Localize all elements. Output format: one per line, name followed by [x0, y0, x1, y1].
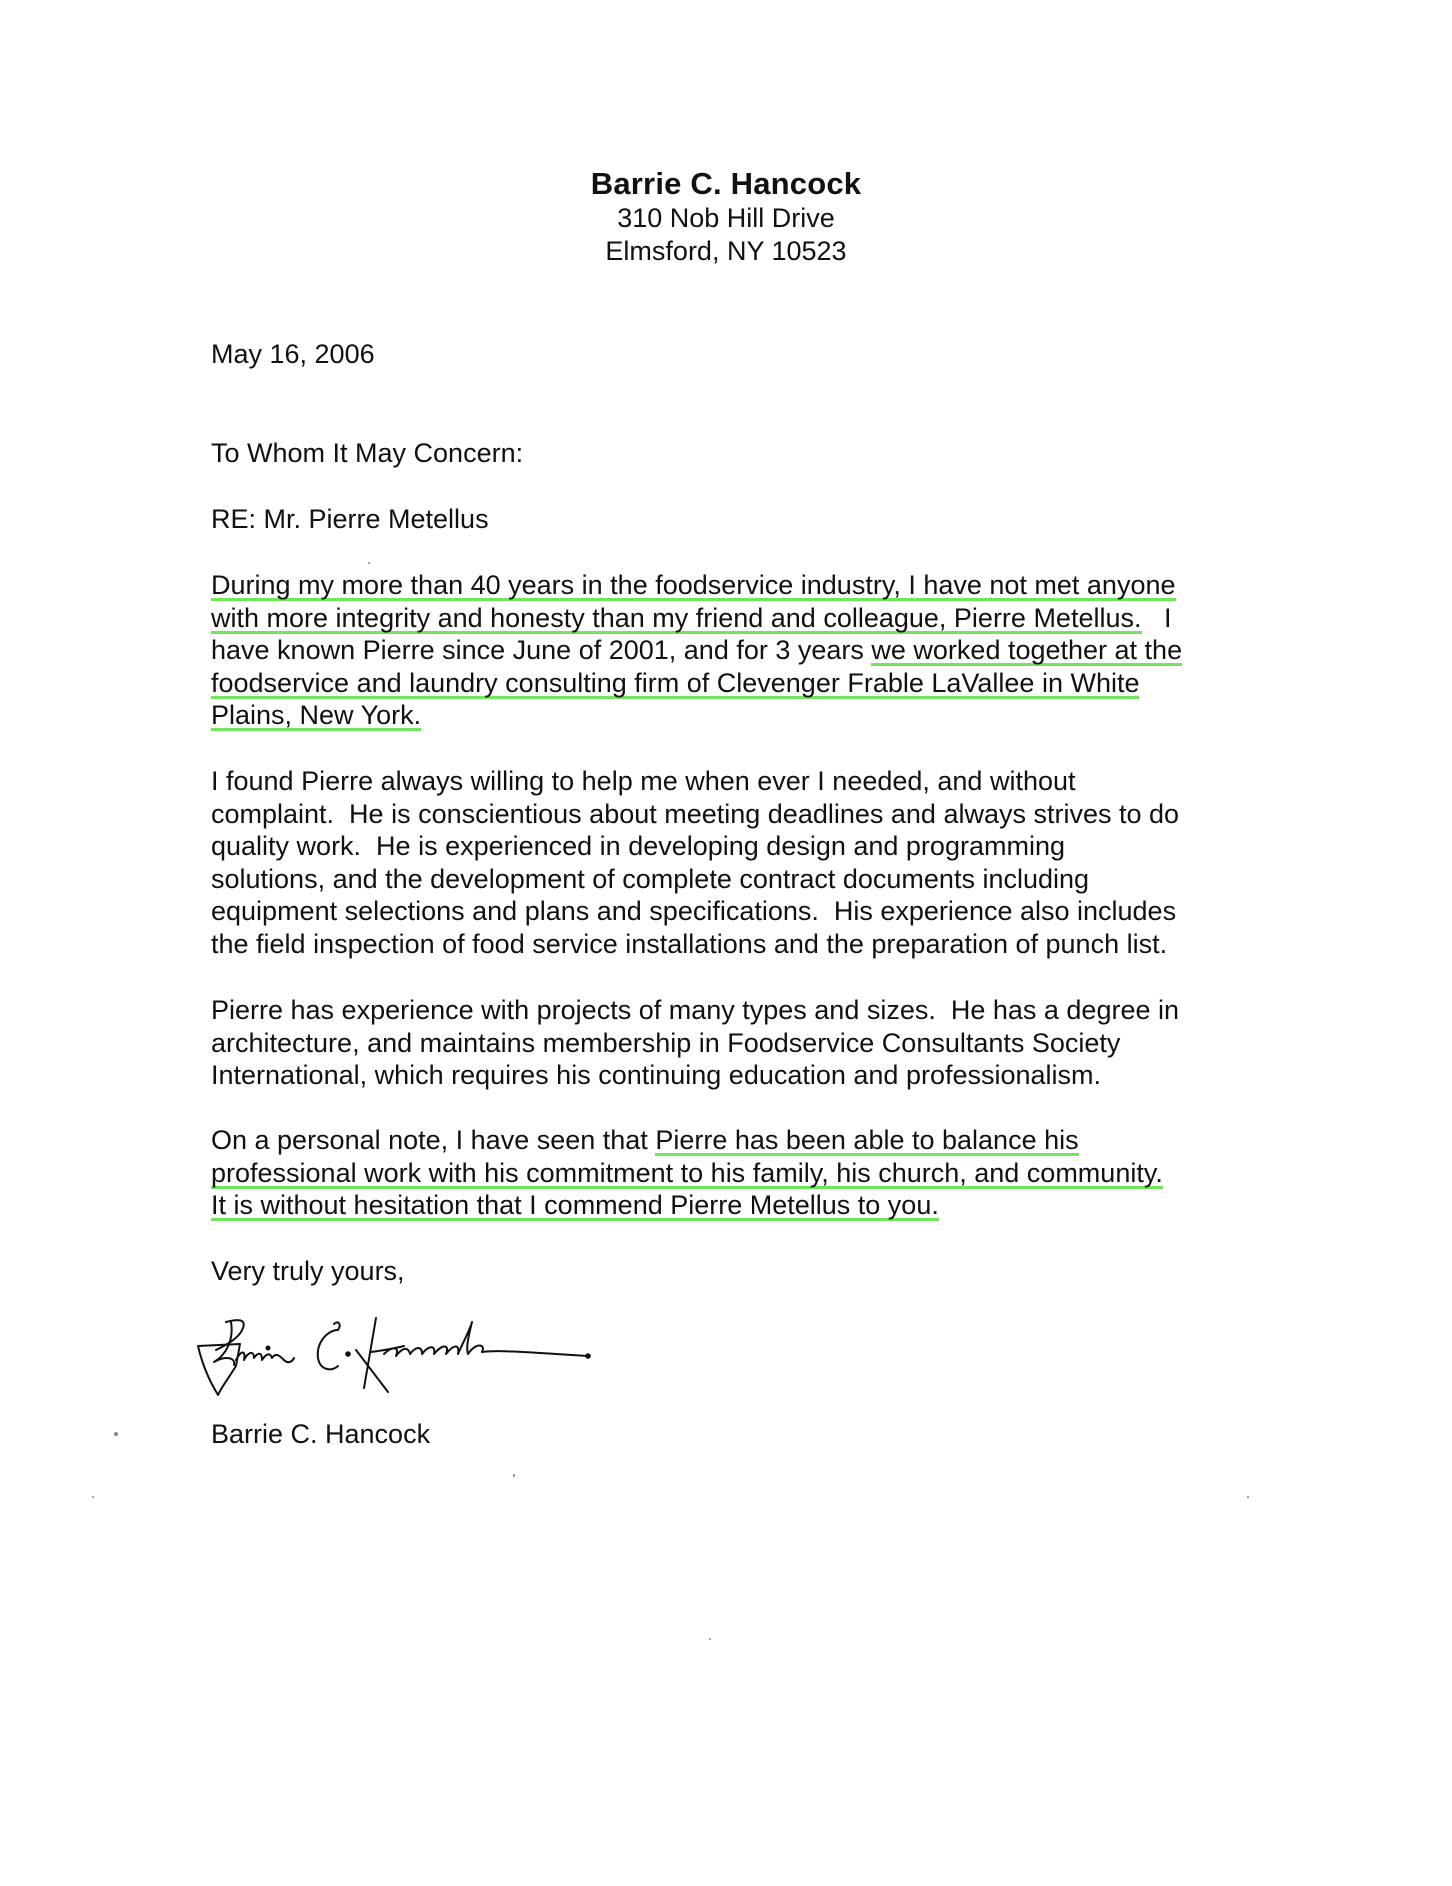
- highlighted-text: Pierre has been able to balance his: [655, 1127, 1078, 1156]
- highlighted-text: with more integrity and honesty than my …: [211, 605, 1142, 634]
- paragraph-4: On a personal note, I have seen that Pie…: [211, 1124, 1271, 1222]
- highlighted-text: professional work with his commitment to…: [211, 1160, 1163, 1189]
- text-segment: the field inspection of food service ins…: [211, 929, 1167, 959]
- letter-date: May 16, 2006: [211, 338, 1271, 371]
- scan-artifact: [368, 562, 370, 564]
- paragraph-2: I found Pierre always willing to help me…: [211, 765, 1271, 961]
- paragraph-line: On a personal note, I have seen that Pie…: [211, 1124, 1271, 1157]
- scan-artifact: [114, 1432, 118, 1436]
- sender-address-line1: 310 Nob Hill Drive: [0, 202, 1452, 235]
- closing: Very truly yours,: [211, 1255, 1271, 1288]
- paragraph-line: professional work with his commitment to…: [211, 1157, 1271, 1190]
- text-segment: equipment selections and plans and speci…: [211, 896, 1176, 926]
- paragraph-line: Plains, New York.: [211, 699, 1271, 732]
- text-segment: On a personal note, I have seen that: [211, 1125, 655, 1155]
- paragraph-1: During my more than 40 years in the food…: [211, 569, 1271, 732]
- letterhead: Barrie C. Hancock 310 Nob Hill Drive Elm…: [0, 166, 1452, 268]
- text-segment: architecture, and maintains membership i…: [211, 1028, 1120, 1058]
- text-segment: I: [1142, 603, 1172, 633]
- paragraph-line: with more integrity and honesty than my …: [211, 602, 1271, 635]
- text-segment: solutions, and the development of comple…: [211, 864, 1089, 894]
- sender-address-line2: Elmsford, NY 10523: [0, 235, 1452, 268]
- sender-name: Barrie C. Hancock: [0, 166, 1452, 202]
- paragraph-line: quality work. He is experienced in devel…: [211, 830, 1271, 863]
- paragraph-line: Pierre has experience with projects of m…: [211, 994, 1271, 1027]
- paragraph-line: complaint. He is conscientious about mee…: [211, 798, 1271, 831]
- text-segment: have known Pierre since June of 2001, an…: [211, 635, 871, 665]
- letter-page: Barrie C. Hancock 310 Nob Hill Drive Elm…: [0, 0, 1452, 1886]
- highlighted-text: During my more than 40 years in the food…: [211, 572, 1176, 601]
- paragraph-3: Pierre has experience with projects of m…: [211, 994, 1271, 1092]
- paragraph-line: architecture, and maintains membership i…: [211, 1027, 1271, 1060]
- scan-artifact: [92, 1496, 94, 1498]
- text-segment: International, which requires his contin…: [211, 1060, 1101, 1090]
- paragraph-line: It is without hesitation that I commend …: [211, 1189, 1271, 1222]
- highlighted-text: foodservice and laundry consulting firm …: [211, 670, 1139, 699]
- re-line: RE: Mr. Pierre Metellus: [211, 503, 1271, 536]
- paragraph-line: During my more than 40 years in the food…: [211, 569, 1271, 602]
- paragraph-line: I found Pierre always willing to help me…: [211, 765, 1271, 798]
- text-segment: Pierre has experience with projects of m…: [211, 995, 1179, 1025]
- scan-artifact: [709, 1638, 711, 1640]
- highlighted-text: Plains, New York.: [211, 702, 421, 731]
- signature-icon: [196, 1310, 616, 1410]
- paragraph-line: have known Pierre since June of 2001, an…: [211, 634, 1271, 667]
- paragraph-line: International, which requires his contin…: [211, 1059, 1271, 1092]
- highlighted-text: we worked together at the: [871, 637, 1182, 666]
- scan-artifact: [1247, 1496, 1249, 1498]
- paragraph-line: equipment selections and plans and speci…: [211, 895, 1271, 928]
- highlighted-text: It is without hesitation that I commend …: [211, 1192, 939, 1221]
- text-segment: complaint. He is conscientious about mee…: [211, 799, 1179, 829]
- salutation: To Whom It May Concern:: [211, 437, 1271, 470]
- paragraph-line: solutions, and the development of comple…: [211, 863, 1271, 896]
- text-segment: I found Pierre always willing to help me…: [211, 766, 1076, 796]
- text-segment: quality work. He is experienced in devel…: [211, 831, 1065, 861]
- signer-name: Barrie C. Hancock: [211, 1418, 1271, 1451]
- scan-artifact: [513, 1474, 515, 1477]
- paragraph-line: foodservice and laundry consulting firm …: [211, 667, 1271, 700]
- paragraph-line: the field inspection of food service ins…: [211, 928, 1271, 961]
